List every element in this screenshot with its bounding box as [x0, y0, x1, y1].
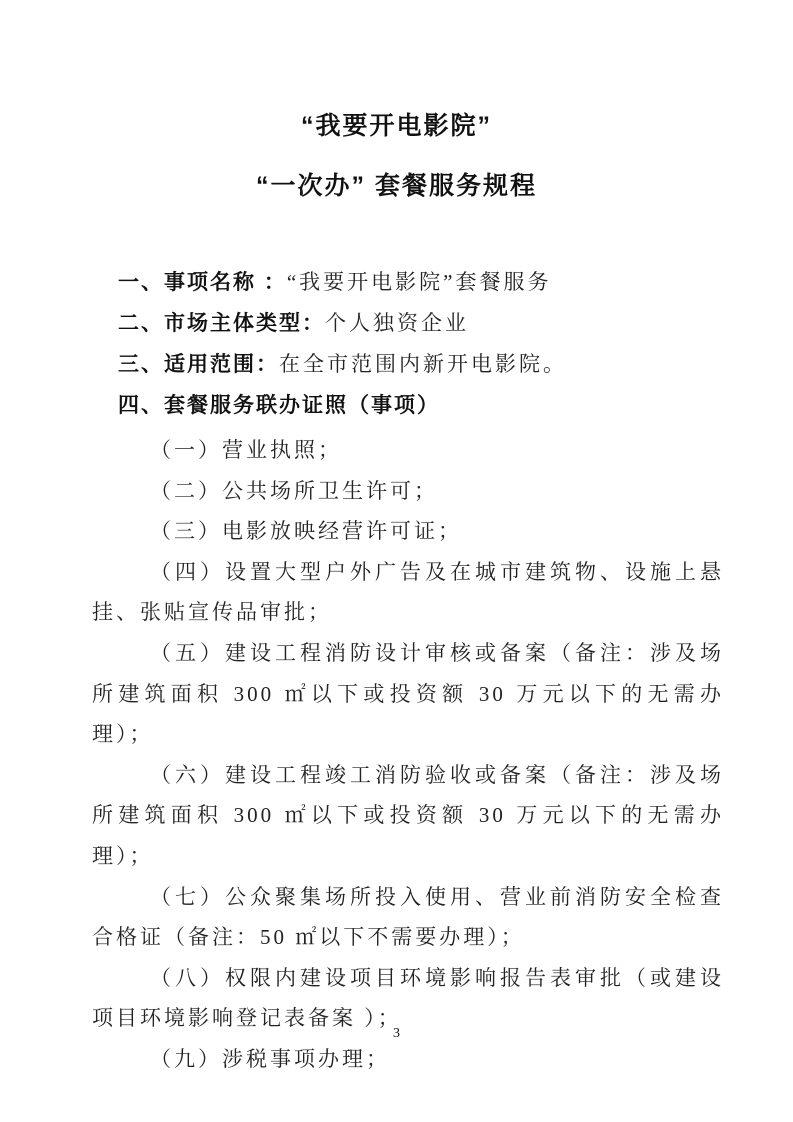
- doc-title-line-2: “一次办” 套餐服务规程: [0, 156, 793, 216]
- page-number: 3: [0, 1026, 793, 1042]
- list-item-4: （四）设置大型户外广告及在城市建筑物、设施上悬挂、张贴宣传品审批；: [92, 552, 724, 633]
- list-item-1: （一）营业执照；: [92, 430, 724, 471]
- section-value: 个人独资企业: [325, 311, 469, 335]
- license-item-list: （一）营业执照； （二）公共场所卫生许可； （三）电影放映经营许可证； （四）设…: [92, 430, 724, 1080]
- section-value: “我要开电影院”套餐服务: [287, 270, 552, 294]
- section-label: 二、市场主体类型：: [118, 312, 325, 335]
- list-item-9: （九）涉税事项办理；: [92, 1039, 724, 1080]
- document-title: “我要开电影院” “一次办” 套餐服务规程: [0, 96, 793, 216]
- section-paragraph-2: 二、市场主体类型：个人独资企业: [92, 303, 724, 344]
- list-item-5: （五）建设工程消防设计审核或备案（备注：涉及场所建筑面积 300 ㎡以下或投资额…: [92, 633, 724, 755]
- list-item-3: （三）电影放映经营许可证；: [92, 511, 724, 552]
- section-paragraph-4: 四、套餐服务联办证照（事项）: [92, 385, 724, 426]
- section-value: 在全市范围内新开电影院。: [279, 352, 567, 376]
- section-paragraph-3: 三、适用范围：在全市范围内新开电影院。: [92, 344, 724, 385]
- section-label: 一、事项名称 ：: [118, 271, 287, 294]
- section-label: 四、套餐服务联办证照（事项）: [118, 394, 440, 417]
- list-item-2: （二）公共场所卫生许可；: [92, 471, 724, 512]
- doc-title-line-1: “我要开电影院”: [0, 96, 793, 156]
- document-body: 一、事项名称 ：“我要开电影院”套餐服务 二、市场主体类型：个人独资企业 三、适…: [92, 262, 724, 1080]
- list-item-6: （六）建设工程竣工消防验收或备案（备注：涉及场所建筑面积 300 ㎡以下或投资额…: [92, 755, 724, 877]
- document-page: “我要开电影院” “一次办” 套餐服务规程 一、事项名称 ：“我要开电影院”套餐…: [0, 0, 793, 1122]
- list-item-7: （七）公众聚集场所投入使用、营业前消防安全检查合格证（备注：50 ㎡以下不需要办…: [92, 877, 724, 958]
- section-label: 三、适用范围：: [118, 353, 279, 376]
- section-paragraph-1: 一、事项名称 ：“我要开电影院”套餐服务: [92, 262, 724, 303]
